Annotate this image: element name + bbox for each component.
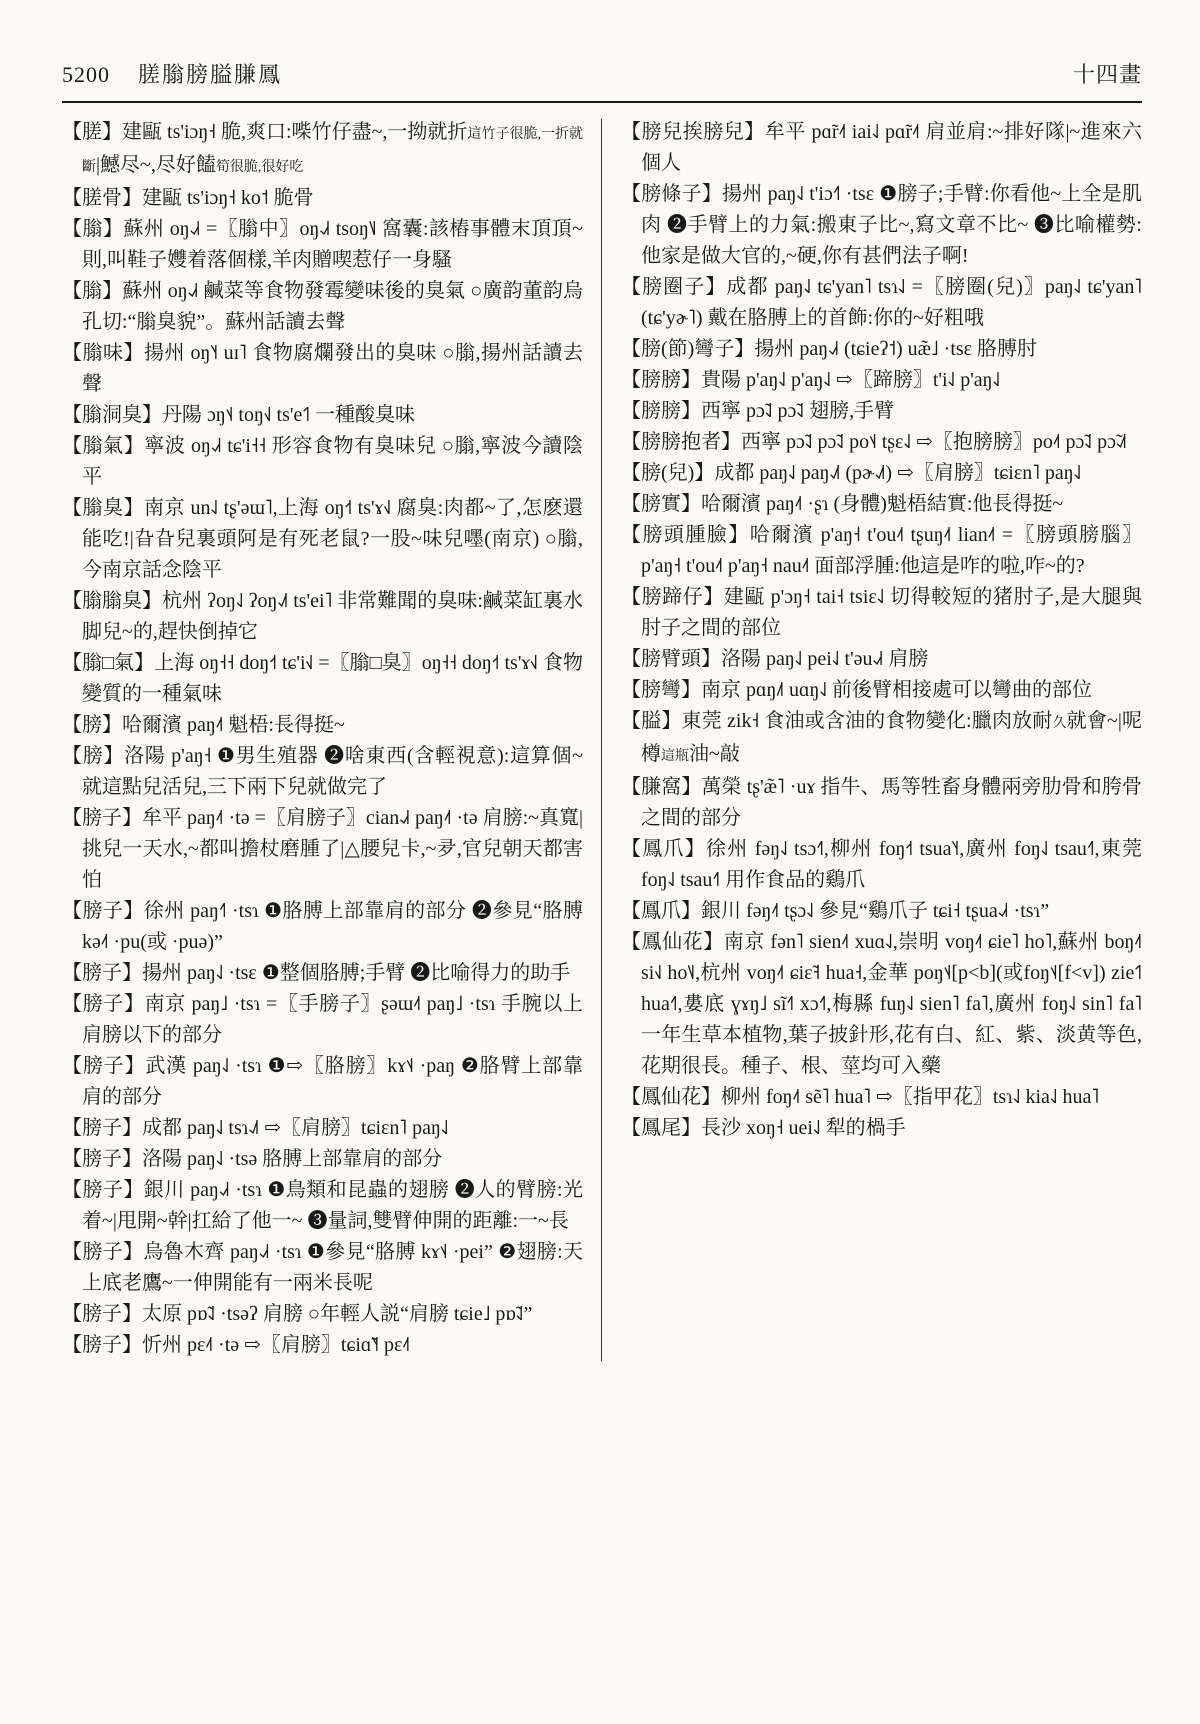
- dictionary-entry: 【膀子】牟平 paŋ˨˦ ·tə =〖肩膀子〗cian˨˩˧ paŋ˨˦ ·tə…: [62, 803, 583, 896]
- dictionary-entry: 【䐤】建甌 ts'iɔŋ˧ 脆,爽口:喍竹仔盡~,一拗就折這竹子很脆,一折就斷|…: [62, 117, 583, 183]
- dictionary-entry: 【膀兒挨膀兒】牟平 pɑ̃r˨˦ iai˨˩ pɑ̃r˨˦ 肩並肩:~排好隊|~…: [621, 117, 1142, 179]
- entry-text: 【膀子】南京 paŋ˩ ·tsɿ =〖手膀子〗ʂəɯ˨˦ paŋ˩ ·tsɿ 手…: [62, 993, 583, 1046]
- entry-text: 【䐥臭】南京 un˨˩ tʂ'əɯ˥,上海 oŋ˧˦ ts'ɤ˧˩ 腐臭:肉都~…: [62, 497, 583, 581]
- entry-text: 【䐥味】揚州 oŋ˥˧ uɪ˥ 食物腐爛發出的臭味 ○䐥,揚州話讀去聲: [62, 342, 583, 395]
- entry-text: 【鳳仙花】柳州 foŋ˨˦ sẽ˥ hua˥ ⇨〖指甲花〗tsɿ˨˩ kia˨˩…: [621, 1086, 1099, 1108]
- dictionary-entry: 【膀子】成都 paŋ˨˩ tsɿ˨˩˦ ⇨〖肩膀〗tɕiɛn˥ paŋ˨˩: [62, 1113, 583, 1144]
- dictionary-entry: 【膀子】揚州 paŋ˨˩ ·tsɛ ❶整個胳膊;手臂 ❷比喻得力的助手: [62, 958, 583, 989]
- dictionary-entry: 【䐥】蘇州 oŋ˨˩˧ 鹹菜等食物發霉變味後的臭氣 ○廣韵董韵烏孔切:“䐥臭貌”…: [62, 276, 583, 338]
- entry-text: 【䐥】蘇州 oŋ˨˩˧ =〖䐥中〗oŋ˨˩˧ tsoŋ˥˩ 窩囊:該樁事體末頂頂…: [62, 218, 583, 271]
- dictionary-entry: 【膀子】武漢 paŋ˨˩ ·tsɿ ❶⇨〖胳膀〗kɤ˦˨ ·paŋ ❷胳臂上部靠…: [62, 1051, 583, 1113]
- entry-text: 【膀】哈爾濱 paŋ˨˦ 魁梧:長得挺~: [62, 714, 345, 736]
- dictionary-entry: 【膀子】徐州 paŋ˧˥ ·tsɿ ❶胳膊上部靠肩的部分 ❷參見“胳膊 kə˨˦…: [62, 896, 583, 958]
- entry-text: 【䐥洞臭】丹陽 ɔŋ˦˨ toŋ˧˩ ts'e˦˥ 一種酸臭味: [62, 404, 415, 426]
- column-divider: [601, 119, 602, 1361]
- dictionary-entry: 【膀頭腫臉】哈爾濱 p'aŋ˧ t'ou˨˦ tʂuŋ˨˦ lian˨˦ =〖膀…: [621, 520, 1142, 582]
- entry-text: 【膀子】烏魯木齊 paŋ˨˩˧ ·tsɿ ❶參見“胳膊 kɤ˦˨ ·pei” ❷…: [62, 1241, 583, 1294]
- entry-text: 【鳳尾】長沙 xoŋ˧ uei˨˩ 犁的楇手: [621, 1117, 906, 1139]
- dictionary-entry: 【膀子】烏魯木齊 paŋ˨˩˧ ·tsɿ ❶參見“胳膊 kɤ˦˨ ·pei” ❷…: [62, 1237, 583, 1299]
- entry-text: |鱤尽~,尽好饁: [96, 154, 216, 176]
- entry-text: 【膀子】銀川 paŋ˨˩˧ ·tsɿ ❶鳥類和昆蟲的翅膀 ❷人的臂膀:光着~|甩…: [62, 1179, 583, 1232]
- dictionary-entry: 【䐥□氣】上海 oŋ˧˧ doŋ˧˦ tɕ'i˧˩ =〖䐥□臭〗oŋ˧˧ doŋ…: [62, 648, 583, 710]
- inline-gloss: 筍很脆,很好吃: [216, 160, 304, 175]
- entry-text: 【鳳仙花】南京 fən˥ sien˨˦ xuɑ˨˩,崇明 voŋ˨˦ ɕie˥ …: [621, 931, 1142, 1077]
- dictionary-entry: 【䐥氣】寧波 oŋ˨˩˧ tɕ'i˧˧ 形容食物有臭味兒 ○䐥,寧波今讀陰平: [62, 431, 583, 493]
- dictionary-entry: 【膀實】哈爾濱 paŋ˨˦ ·ʂɿ (身體)魁梧結實:他長得挺~: [621, 489, 1142, 520]
- entry-text: 【䐤骨】建甌 ts'iɔŋ˧ ko˦ 脆骨: [62, 187, 314, 209]
- dictionary-entry: 【膀子】忻州 pɛ˨˦ ·tə ⇨〖肩膀〗tɕiɑ̃˥˧ pɛ˨˦: [62, 1330, 583, 1361]
- entry-text: 【膀膀】貴陽 p'aŋ˨˩ p'aŋ˨˩ ⇨〖蹄膀〗t'i˨˩ p'aŋ˨˩: [621, 369, 1000, 391]
- entry-text: 【膀子】揚州 paŋ˨˩ ·tsɛ ❶整個胳膊;手臂 ❷比喻得力的助手: [62, 962, 570, 984]
- entry-text: 【膀子】徐州 paŋ˧˥ ·tsɿ ❶胳膊上部靠肩的部分 ❷參見“胳膊 kə˨˦…: [62, 900, 583, 953]
- entry-text: 【膀子】洛陽 paŋ˨˩ ·tsə 胳膊上部靠肩的部分: [62, 1148, 442, 1170]
- dictionary-entry: 【䐥洞臭】丹陽 ɔŋ˦˨ toŋ˧˩ ts'e˦˥ 一種酸臭味: [62, 400, 583, 431]
- dictionary-entry: 【膀子】南京 paŋ˩ ·tsɿ =〖手膀子〗ʂəɯ˨˦ paŋ˩ ·tsɿ 手…: [62, 989, 583, 1051]
- dictionary-entry: 【膀】哈爾濱 paŋ˨˦ 魁梧:長得挺~: [62, 710, 583, 741]
- entry-text: 【膀兒挨膀兒】牟平 pɑ̃r˨˦ iai˨˩ pɑ̃r˨˦ 肩並肩:~排好隊|~…: [621, 121, 1142, 174]
- entry-text: 【膁窩】萬榮 tʂ'æ̃˥ ·uɤ 指牛、馬等牲畜身體兩旁肋骨和胯骨之間的部分: [621, 776, 1142, 829]
- dictionary-page: 5200 䐤䐥膀膉膁鳳 十四畫 【䐤】建甌 ts'iɔŋ˧ 脆,爽口:喍竹仔盡~…: [0, 0, 1200, 1724]
- dictionary-entry: 【膀膀】西寧 pɔ̃˨˩ pɔ̃˨˩ 翅膀,手臂: [621, 396, 1142, 427]
- dictionary-entry: 【膀蹄仔】建甌 p'ɔŋ˧ tai˧ tsiɛ˨˩ 切得較短的猪肘子,是大腿與肘…: [621, 582, 1142, 644]
- dictionary-entry: 【䐥味】揚州 oŋ˥˧ uɪ˥ 食物腐爛發出的臭味 ○䐥,揚州話讀去聲: [62, 338, 583, 400]
- dictionary-entry: 【膀(兒)】成都 paŋ˨˩ paŋ˨˩˦ (pɚ˨˩˦) ⇨〖肩膀〗tɕiɛn…: [621, 458, 1142, 489]
- entry-text: 【膉】東莞 zik˧ 食油或含油的食物變化:臘肉放耐: [621, 710, 1052, 732]
- dictionary-entry: 【鳳仙花】柳州 foŋ˨˦ sẽ˥ hua˥ ⇨〖指甲花〗tsɿ˨˩ kia˨˩…: [621, 1082, 1142, 1113]
- dictionary-entry: 【膀臂頭】洛陽 paŋ˨˩ pei˨˩ t'əu˨˩˧ 肩膀: [621, 644, 1142, 675]
- dictionary-entry: 【膀子】銀川 paŋ˨˩˧ ·tsɿ ❶鳥類和昆蟲的翅膀 ❷人的臂膀:光着~|甩…: [62, 1175, 583, 1237]
- entry-text: 【膀條子】揚州 paŋ˨˩ t'iɔ˧˥ ·tsɛ ❶膀子;手臂:你看他~上全是…: [621, 183, 1142, 267]
- inline-gloss: 久: [1052, 716, 1066, 731]
- dictionary-entry: 【䐥】蘇州 oŋ˨˩˧ =〖䐥中〗oŋ˨˩˧ tsoŋ˥˩ 窩囊:該樁事體末頂頂…: [62, 214, 583, 276]
- entry-text: 【膀(兒)】成都 paŋ˨˩ paŋ˨˩˦ (pɚ˨˩˦) ⇨〖肩膀〗tɕiɛn…: [621, 462, 1081, 484]
- page-header: 5200 䐤䐥膀膉膁鳳 十四畫: [62, 58, 1142, 89]
- entry-text: 【膀彎】南京 pɑŋ˩˦ uɑŋ˨˩ 前後臂相接處可以彎曲的部位: [621, 679, 1092, 701]
- entry-text: 【鳳爪】銀川 fəŋ˨˦ tʂɔ˨˩ 參見“鷄爪子 tɕi˧ tʂua˨˩˧ ·…: [621, 900, 1049, 922]
- entry-text: 【膀子】牟平 paŋ˨˦ ·tə =〖肩膀子〗cian˨˩˧ paŋ˨˦ ·tə…: [62, 807, 583, 891]
- dictionary-entry: 【鳳爪】銀川 fəŋ˨˦ tʂɔ˨˩ 參見“鷄爪子 tɕi˧ tʂua˨˩˧ ·…: [621, 896, 1142, 927]
- right-column: 【膀兒挨膀兒】牟平 pɑ̃r˨˦ iai˨˩ pɑ̃r˨˦ 肩並肩:~排好隊|~…: [621, 117, 1142, 1361]
- dictionary-entry: 【膀條子】揚州 paŋ˨˩ t'iɔ˧˥ ·tsɛ ❶膀子;手臂:你看他~上全是…: [621, 179, 1142, 272]
- dictionary-body: 【䐤】建甌 ts'iɔŋ˧ 脆,爽口:喍竹仔盡~,一拗就折這竹子很脆,一折就斷|…: [62, 117, 1142, 1361]
- entry-text: 【膀蹄仔】建甌 p'ɔŋ˧ tai˧ tsiɛ˨˩ 切得較短的猪肘子,是大腿與肘…: [621, 586, 1142, 639]
- entry-text: 【䐥】蘇州 oŋ˨˩˧ 鹹菜等食物發霉變味後的臭氣 ○廣韵董韵烏孔切:“䐥臭貌”…: [62, 280, 583, 333]
- dictionary-entry: 【鳳爪】徐州 fəŋ˨˩ tsɔ˧˥,柳州 foŋ˧˦ tsua˥˧,廣州 fo…: [621, 834, 1142, 896]
- dictionary-entry: 【膀】洛陽 p'aŋ˧ ❶男生殖器 ❷啥東西(含輕視意):這算個~就這點兒活兒,…: [62, 741, 583, 803]
- entry-text: 【膀子】忻州 pɛ˨˦ ·tə ⇨〖肩膀〗tɕiɑ̃˥˧ pɛ˨˦: [62, 1334, 410, 1356]
- dictionary-entry: 【膀彎】南京 pɑŋ˩˦ uɑŋ˨˩ 前後臂相接處可以彎曲的部位: [621, 675, 1142, 706]
- page-number: 5200: [62, 62, 110, 88]
- entry-text: 【䐥□氣】上海 oŋ˧˧ doŋ˧˦ tɕ'i˧˩ =〖䐥□臭〗oŋ˧˧ doŋ…: [62, 652, 583, 705]
- dictionary-entry: 【膁窩】萬榮 tʂ'æ̃˥ ·uɤ 指牛、馬等牲畜身體兩旁肋骨和胯骨之間的部分: [621, 772, 1142, 834]
- entry-text: 【膀圈子】成都 paŋ˨˩ tɕ'yan˥ tsɿ˨˩ =〖膀圈(兒)〗paŋ˨…: [621, 276, 1142, 329]
- entry-text: 【膀頭腫臉】哈爾濱 p'aŋ˧ t'ou˨˦ tʂuŋ˨˦ lian˨˦ =〖膀…: [621, 524, 1142, 577]
- dictionary-entry: 【膀子】太原 pɒ̃˨˩ ·tsəʔ 肩膀 ○年輕人説“肩膀 tɕie˩ pɒ̃…: [62, 1299, 583, 1330]
- dictionary-entry: 【䐤骨】建甌 ts'iɔŋ˧ ko˦ 脆骨: [62, 183, 583, 214]
- entry-text: 【膀(節)彎子】揚州 paŋ˨˩˧ (tɕieʔ˦) uæ̃˩ ·tsɛ 胳膊肘: [621, 338, 1037, 360]
- inline-gloss: 這瓶: [661, 749, 689, 764]
- entry-text: 【膀子】太原 pɒ̃˨˩ ·tsəʔ 肩膀 ○年輕人説“肩膀 tɕie˩ pɒ̃…: [62, 1303, 532, 1325]
- entry-text: 【鳳爪】徐州 fəŋ˨˩ tsɔ˧˥,柳州 foŋ˧˦ tsua˥˧,廣州 fo…: [621, 838, 1142, 891]
- entry-text: 【䐥䐥臭】杭州 ʔoŋ˨˩ ʔoŋ˨˩˦ ts'ei˥ 非常難聞的臭味:鹹菜缸裏…: [62, 590, 583, 643]
- dictionary-entry: 【膉】東莞 zik˧ 食油或含油的食物變化:臘肉放耐久就會~|呢樽這瓶油~敲: [621, 706, 1142, 772]
- entry-text: 【膀膀】西寧 pɔ̃˨˩ pɔ̃˨˩ 翅膀,手臂: [621, 400, 894, 422]
- stroke-count-section: 十四畫: [1073, 58, 1142, 89]
- dictionary-entry: 【膀圈子】成都 paŋ˨˩ tɕ'yan˥ tsɿ˨˩ =〖膀圈(兒)〗paŋ˨…: [621, 272, 1142, 334]
- left-column: 【䐤】建甌 ts'iɔŋ˧ 脆,爽口:喍竹仔盡~,一拗就折這竹子很脆,一折就斷|…: [62, 117, 583, 1361]
- dictionary-entry: 【膀(節)彎子】揚州 paŋ˨˩˧ (tɕieʔ˦) uæ̃˩ ·tsɛ 胳膊肘: [621, 334, 1142, 365]
- header-rule: [62, 101, 1142, 103]
- entry-text: 【䐤】建甌 ts'iɔŋ˧ 脆,爽口:喍竹仔盡~,一拗就折: [62, 121, 467, 143]
- dictionary-entry: 【膀膀抱者】西寧 pɔ̃˨˩ pɔ̃˨˩ po˦˨ tʂɛ˨˩ ⇨〖抱膀膀〗po…: [621, 427, 1142, 458]
- guide-words: 䐤䐥膀膉膁鳳: [138, 58, 282, 89]
- entry-text: 【膀子】武漢 paŋ˨˩ ·tsɿ ❶⇨〖胳膀〗kɤ˦˨ ·paŋ ❷胳臂上部靠…: [62, 1055, 583, 1108]
- dictionary-entry: 【䐥䐥臭】杭州 ʔoŋ˨˩ ʔoŋ˨˩˦ ts'ei˥ 非常難聞的臭味:鹹菜缸裏…: [62, 586, 583, 648]
- entry-text: 【䐥氣】寧波 oŋ˨˩˧ tɕ'i˧˧ 形容食物有臭味兒 ○䐥,寧波今讀陰平: [62, 435, 583, 488]
- dictionary-entry: 【膀膀】貴陽 p'aŋ˨˩ p'aŋ˨˩ ⇨〖蹄膀〗t'i˨˩ p'aŋ˨˩: [621, 365, 1142, 396]
- dictionary-entry: 【鳳尾】長沙 xoŋ˧ uei˨˩ 犁的楇手: [621, 1113, 1142, 1144]
- entry-text: 【膀子】成都 paŋ˨˩ tsɿ˨˩˦ ⇨〖肩膀〗tɕiɛn˥ paŋ˨˩: [62, 1117, 449, 1139]
- entry-text: 【膀臂頭】洛陽 paŋ˨˩ pei˨˩ t'əu˨˩˧ 肩膀: [621, 648, 928, 670]
- entry-text: 【膀實】哈爾濱 paŋ˨˦ ·ʂɿ (身體)魁梧結實:他長得挺~: [621, 493, 1063, 515]
- dictionary-entry: 【膀子】洛陽 paŋ˨˩ ·tsə 胳膊上部靠肩的部分: [62, 1144, 583, 1175]
- entry-text: 【膀膀抱者】西寧 pɔ̃˨˩ pɔ̃˨˩ po˦˨ tʂɛ˨˩ ⇨〖抱膀膀〗po…: [621, 431, 1127, 453]
- dictionary-entry: 【鳳仙花】南京 fən˥ sien˨˦ xuɑ˨˩,崇明 voŋ˨˦ ɕie˥ …: [621, 927, 1142, 1082]
- entry-text: 【膀】洛陽 p'aŋ˧ ❶男生殖器 ❷啥東西(含輕視意):這算個~就這點兒活兒,…: [62, 745, 583, 798]
- dictionary-entry: 【䐥臭】南京 un˨˩ tʂ'əɯ˥,上海 oŋ˧˦ ts'ɤ˧˩ 腐臭:肉都~…: [62, 493, 583, 586]
- entry-text: 油~敲: [689, 743, 740, 765]
